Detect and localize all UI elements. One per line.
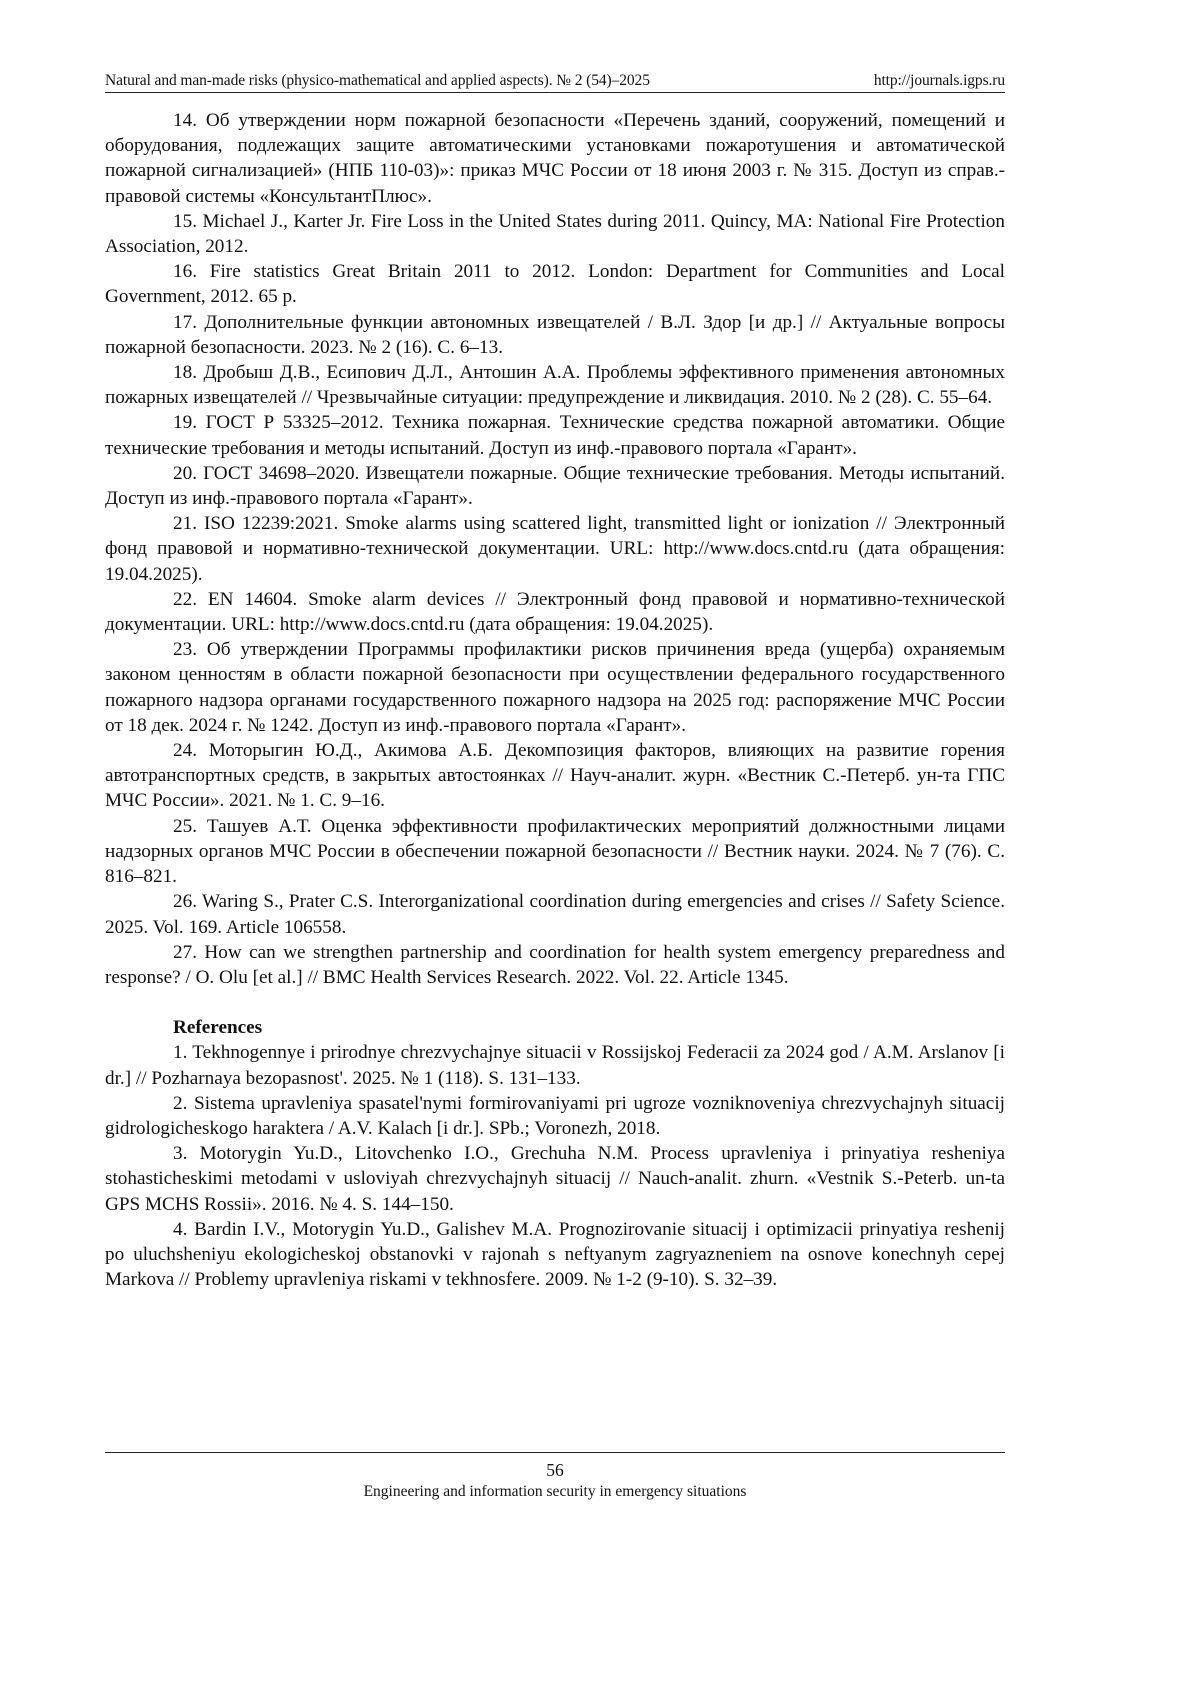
reference-item: 15. Michael J., Karter Jr. Fire Loss in … (105, 209, 1005, 259)
reference-item: 19. ГОСТ Р 53325–2012. Техника пожарная.… (105, 410, 1005, 460)
reference-item: 18. Дробыш Д.В., Есипович Д.Л., Антошин … (105, 360, 1005, 410)
reference-item: 14. Об утверждении норм пожарной безопас… (105, 108, 1005, 209)
reference-item: 24. Моторыгин Ю.Д., Акимова А.Б. Декомпо… (105, 738, 1005, 814)
reference-item: 20. ГОСТ 34698–2020. Извещатели пожарные… (105, 461, 1005, 511)
reference-item-en: 3. Motorygin Yu.D., Litovchenko I.O., Gr… (105, 1141, 1005, 1217)
reference-item: 27. How can we strengthen partnership an… (105, 940, 1005, 990)
reference-item: 21. ISO 12239:2021. Smoke alarms using s… (105, 511, 1005, 587)
page-number: 56 (105, 1460, 1005, 1481)
running-header: Natural and man-made risks (physico-math… (105, 64, 1005, 90)
header-divider (105, 92, 1005, 93)
footer-journal-title: Engineering and information security in … (105, 1483, 1005, 1501)
journal-url[interactable]: http://journals.igps.ru (874, 72, 1005, 90)
footer-divider (105, 1452, 1005, 1453)
reference-item: 23. Об утверждении Программы профилактик… (105, 637, 1005, 738)
reference-item: 26. Waring S., Prater C.S. Interorganiza… (105, 889, 1005, 939)
reference-list: 14. Об утверждении норм пожарной безопас… (105, 108, 1005, 1292)
reference-item: 22. EN 14604. Smoke alarm devices // Эле… (105, 587, 1005, 637)
reference-item-en: 1. Tekhnogennye i prirodnye chrezvychajn… (105, 1040, 1005, 1090)
reference-item-en: 4. Bardin I.V., Motorygin Yu.D., Galishe… (105, 1217, 1005, 1293)
reference-item: 25. Ташуев А.Т. Оценка эффективности про… (105, 814, 1005, 890)
reference-item: 17. Дополнительные функции автономных из… (105, 310, 1005, 360)
journal-title: Natural and man-made risks (physico-math… (105, 72, 650, 90)
references-heading: References (173, 1015, 1005, 1040)
reference-item-en: 2. Sistema upravleniya spasatel'nymi for… (105, 1091, 1005, 1141)
reference-item: 16. Fire statistics Great Britain 2011 t… (105, 259, 1005, 309)
